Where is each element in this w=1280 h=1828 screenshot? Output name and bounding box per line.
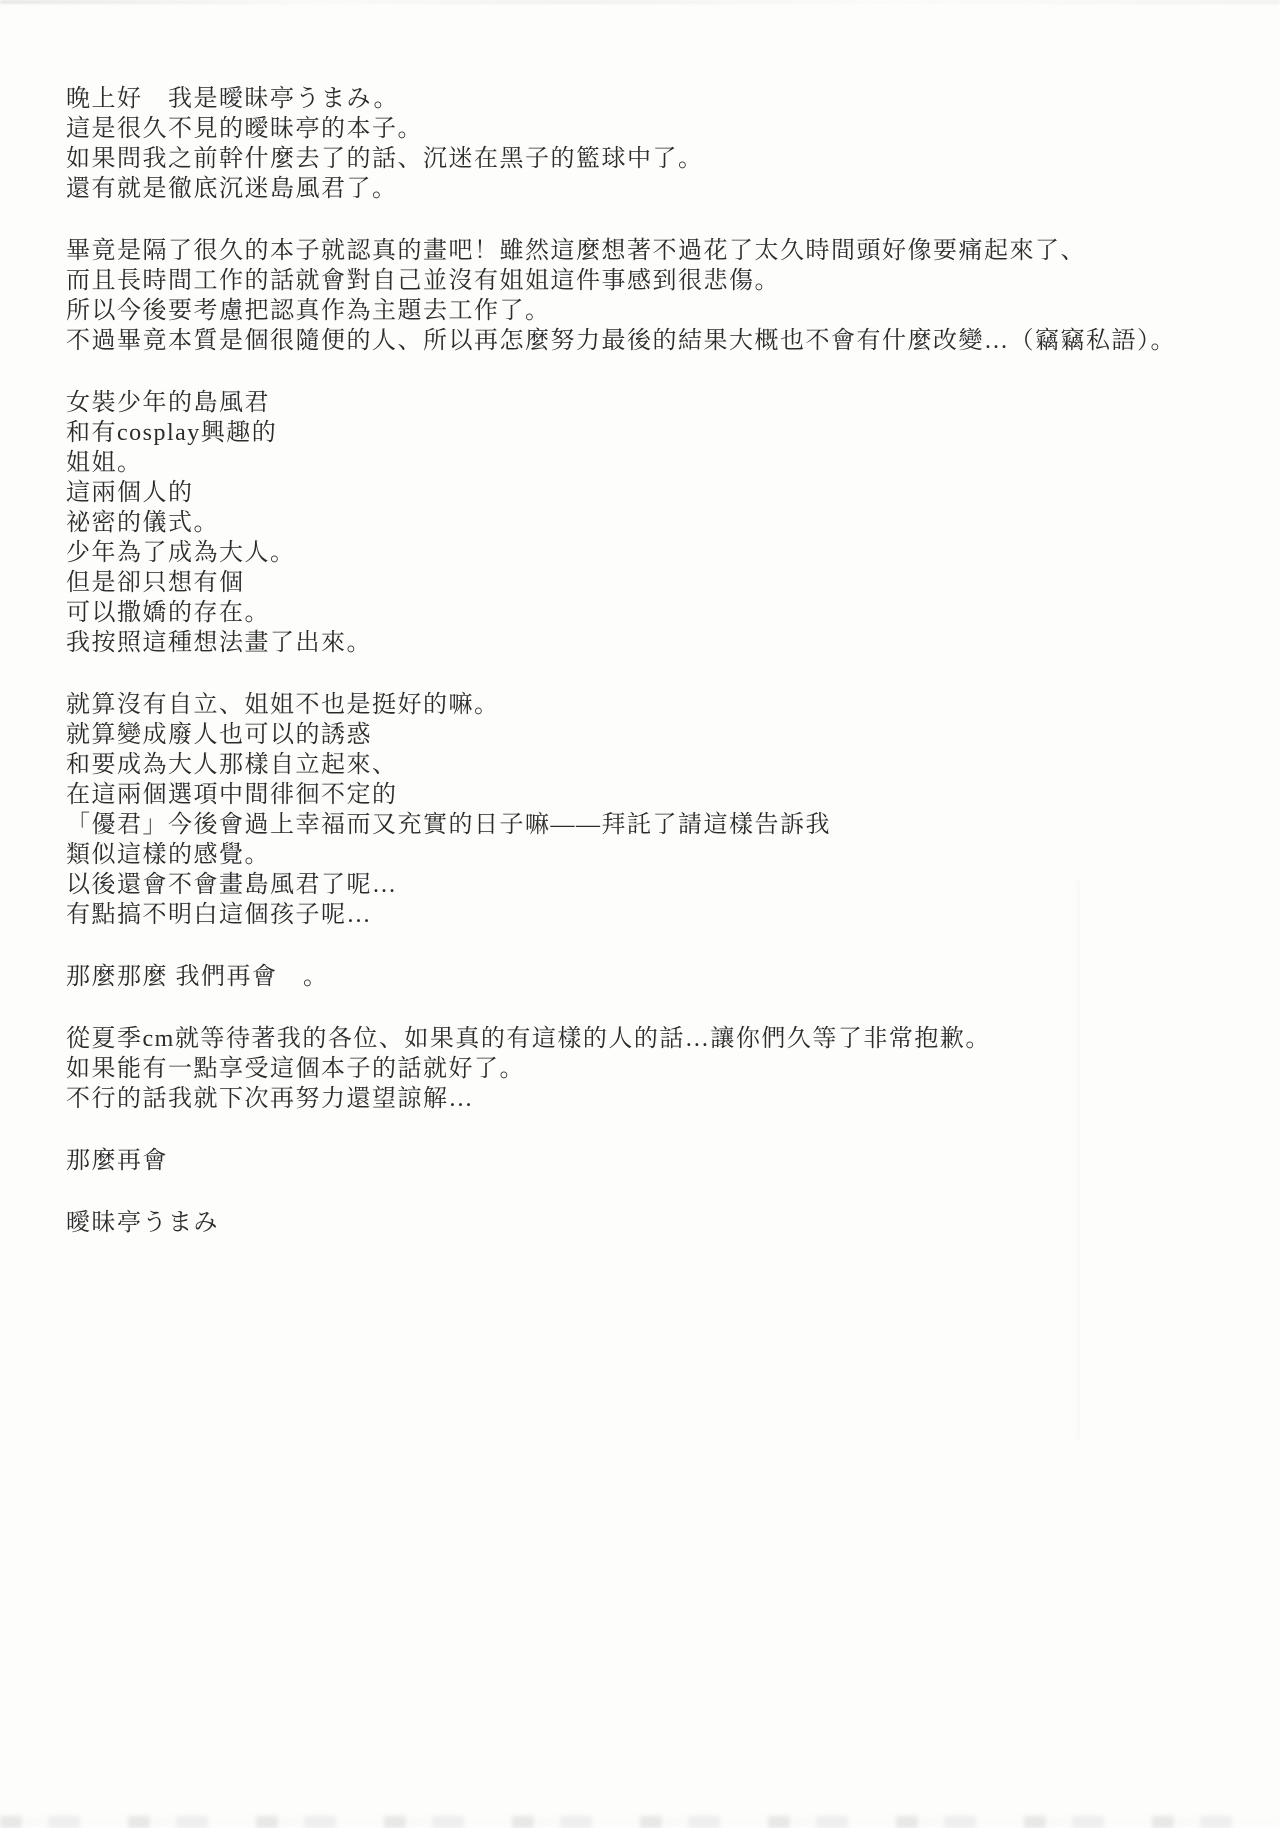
text-line: 那麼那麼 我們再會 。 bbox=[66, 962, 1246, 992]
paragraph-farewell-interlude: 那麼那麼 我們再會 。 bbox=[66, 962, 1246, 992]
text-line: 和要成為大人那樣自立起來、 bbox=[66, 750, 1246, 780]
text-line: 可以撒嬌的存在。 bbox=[66, 598, 1246, 628]
text-line: 不行的話我就下次再努力還望諒解… bbox=[66, 1084, 1246, 1114]
text-line: 而且長時間工作的話就會對自己並沒有姐姐這件事感到很悲傷。 bbox=[66, 266, 1246, 296]
text-line: 類似這樣的感覺。 bbox=[66, 840, 1246, 870]
paragraph-closing: 那麼再會 bbox=[66, 1146, 1246, 1176]
text-line: 從夏季cm就等待著我的各位、如果真的有這樣的人的話…讓你們久等了非常抱歉。 bbox=[66, 1024, 1246, 1054]
paragraph-greeting: 晚上好 我是曖昧亭うまみ。 這是很久不見的曖昧亭的本子。 如果問我之前幹什麼去了… bbox=[66, 84, 1246, 204]
paragraph-apology: 從夏季cm就等待著我的各位、如果真的有這樣的人的話…讓你們久等了非常抱歉。 如果… bbox=[66, 1024, 1246, 1114]
text-line: 那麼再會 bbox=[66, 1146, 1246, 1176]
text-line: 所以今後要考慮把認真作為主題去工作了。 bbox=[66, 296, 1246, 326]
text-line: 女裝少年的島風君 bbox=[66, 388, 1246, 418]
text-line: 少年為了成為大人。 bbox=[66, 538, 1246, 568]
text-line: 這兩個人的 bbox=[66, 478, 1246, 508]
text-line: 祕密的儀式。 bbox=[66, 508, 1246, 538]
paragraph-character-thoughts: 就算沒有自立、姐姐不也是挺好的嘛。 就算變成廢人也可以的誘惑 和要成為大人那樣自… bbox=[66, 690, 1246, 930]
text-line: 但是卻只想有個 bbox=[66, 568, 1246, 598]
text-line: 還有就是徹底沉迷島風君了。 bbox=[66, 174, 1246, 204]
text-line: 和有cosplay興趣的 bbox=[66, 418, 1246, 448]
text-line: 如果能有一點享受這個本子的話就好了。 bbox=[66, 1054, 1246, 1084]
text-line: 不過畢竟本質是個很隨便的人、所以再怎麼努力最後的結果大概也不會有什麼改變…（竊竊… bbox=[66, 326, 1246, 356]
author-name: 曖昧亭うまみ bbox=[66, 1208, 1246, 1238]
text-line: 畢竟是隔了很久的本子就認真的畫吧！雖然這麼想著不過花了太久時間頭好像要痛起來了、 bbox=[66, 236, 1246, 266]
text-line: 就算變成廢人也可以的誘惑 bbox=[66, 720, 1246, 750]
scan-artifact-top-edge bbox=[0, 0, 1280, 4]
text-line: 有點搞不明白這個孩子呢… bbox=[66, 900, 1246, 930]
text-line: 姐姐。 bbox=[66, 448, 1246, 478]
scan-artifact-bottom-edge bbox=[0, 1816, 1280, 1828]
text-line: 我按照這種想法畫了出來。 bbox=[66, 628, 1246, 658]
signature: 曖昧亭うまみ bbox=[66, 1208, 1246, 1238]
scanned-page: 晚上好 我是曖昧亭うまみ。 這是很久不見的曖昧亭的本子。 如果問我之前幹什麼去了… bbox=[0, 0, 1280, 1828]
afterword-text: 晚上好 我是曖昧亭うまみ。 這是很久不見的曖昧亭的本子。 如果問我之前幹什麼去了… bbox=[66, 84, 1246, 1270]
paragraph-work-reflection: 畢竟是隔了很久的本子就認真的畫吧！雖然這麼想著不過花了太久時間頭好像要痛起來了、… bbox=[66, 236, 1246, 356]
text-line: 如果問我之前幹什麼去了的話、沉迷在黑子的籃球中了。 bbox=[66, 144, 1246, 174]
text-line: 晚上好 我是曖昧亭うまみ。 bbox=[66, 84, 1246, 114]
text-line: 以後還會不會畫島風君了呢… bbox=[66, 870, 1246, 900]
text-line: 在這兩個選項中間徘徊不定的 bbox=[66, 780, 1246, 810]
text-line: 就算沒有自立、姐姐不也是挺好的嘛。 bbox=[66, 690, 1246, 720]
paragraph-story-concept: 女裝少年的島風君 和有cosplay興趣的 姐姐。 這兩個人的 祕密的儀式。 少… bbox=[66, 388, 1246, 658]
text-line: 「優君」今後會過上幸福而又充實的日子嘛——拜託了請這樣告訴我 bbox=[66, 810, 1246, 840]
text-line: 這是很久不見的曖昧亭的本子。 bbox=[66, 114, 1246, 144]
